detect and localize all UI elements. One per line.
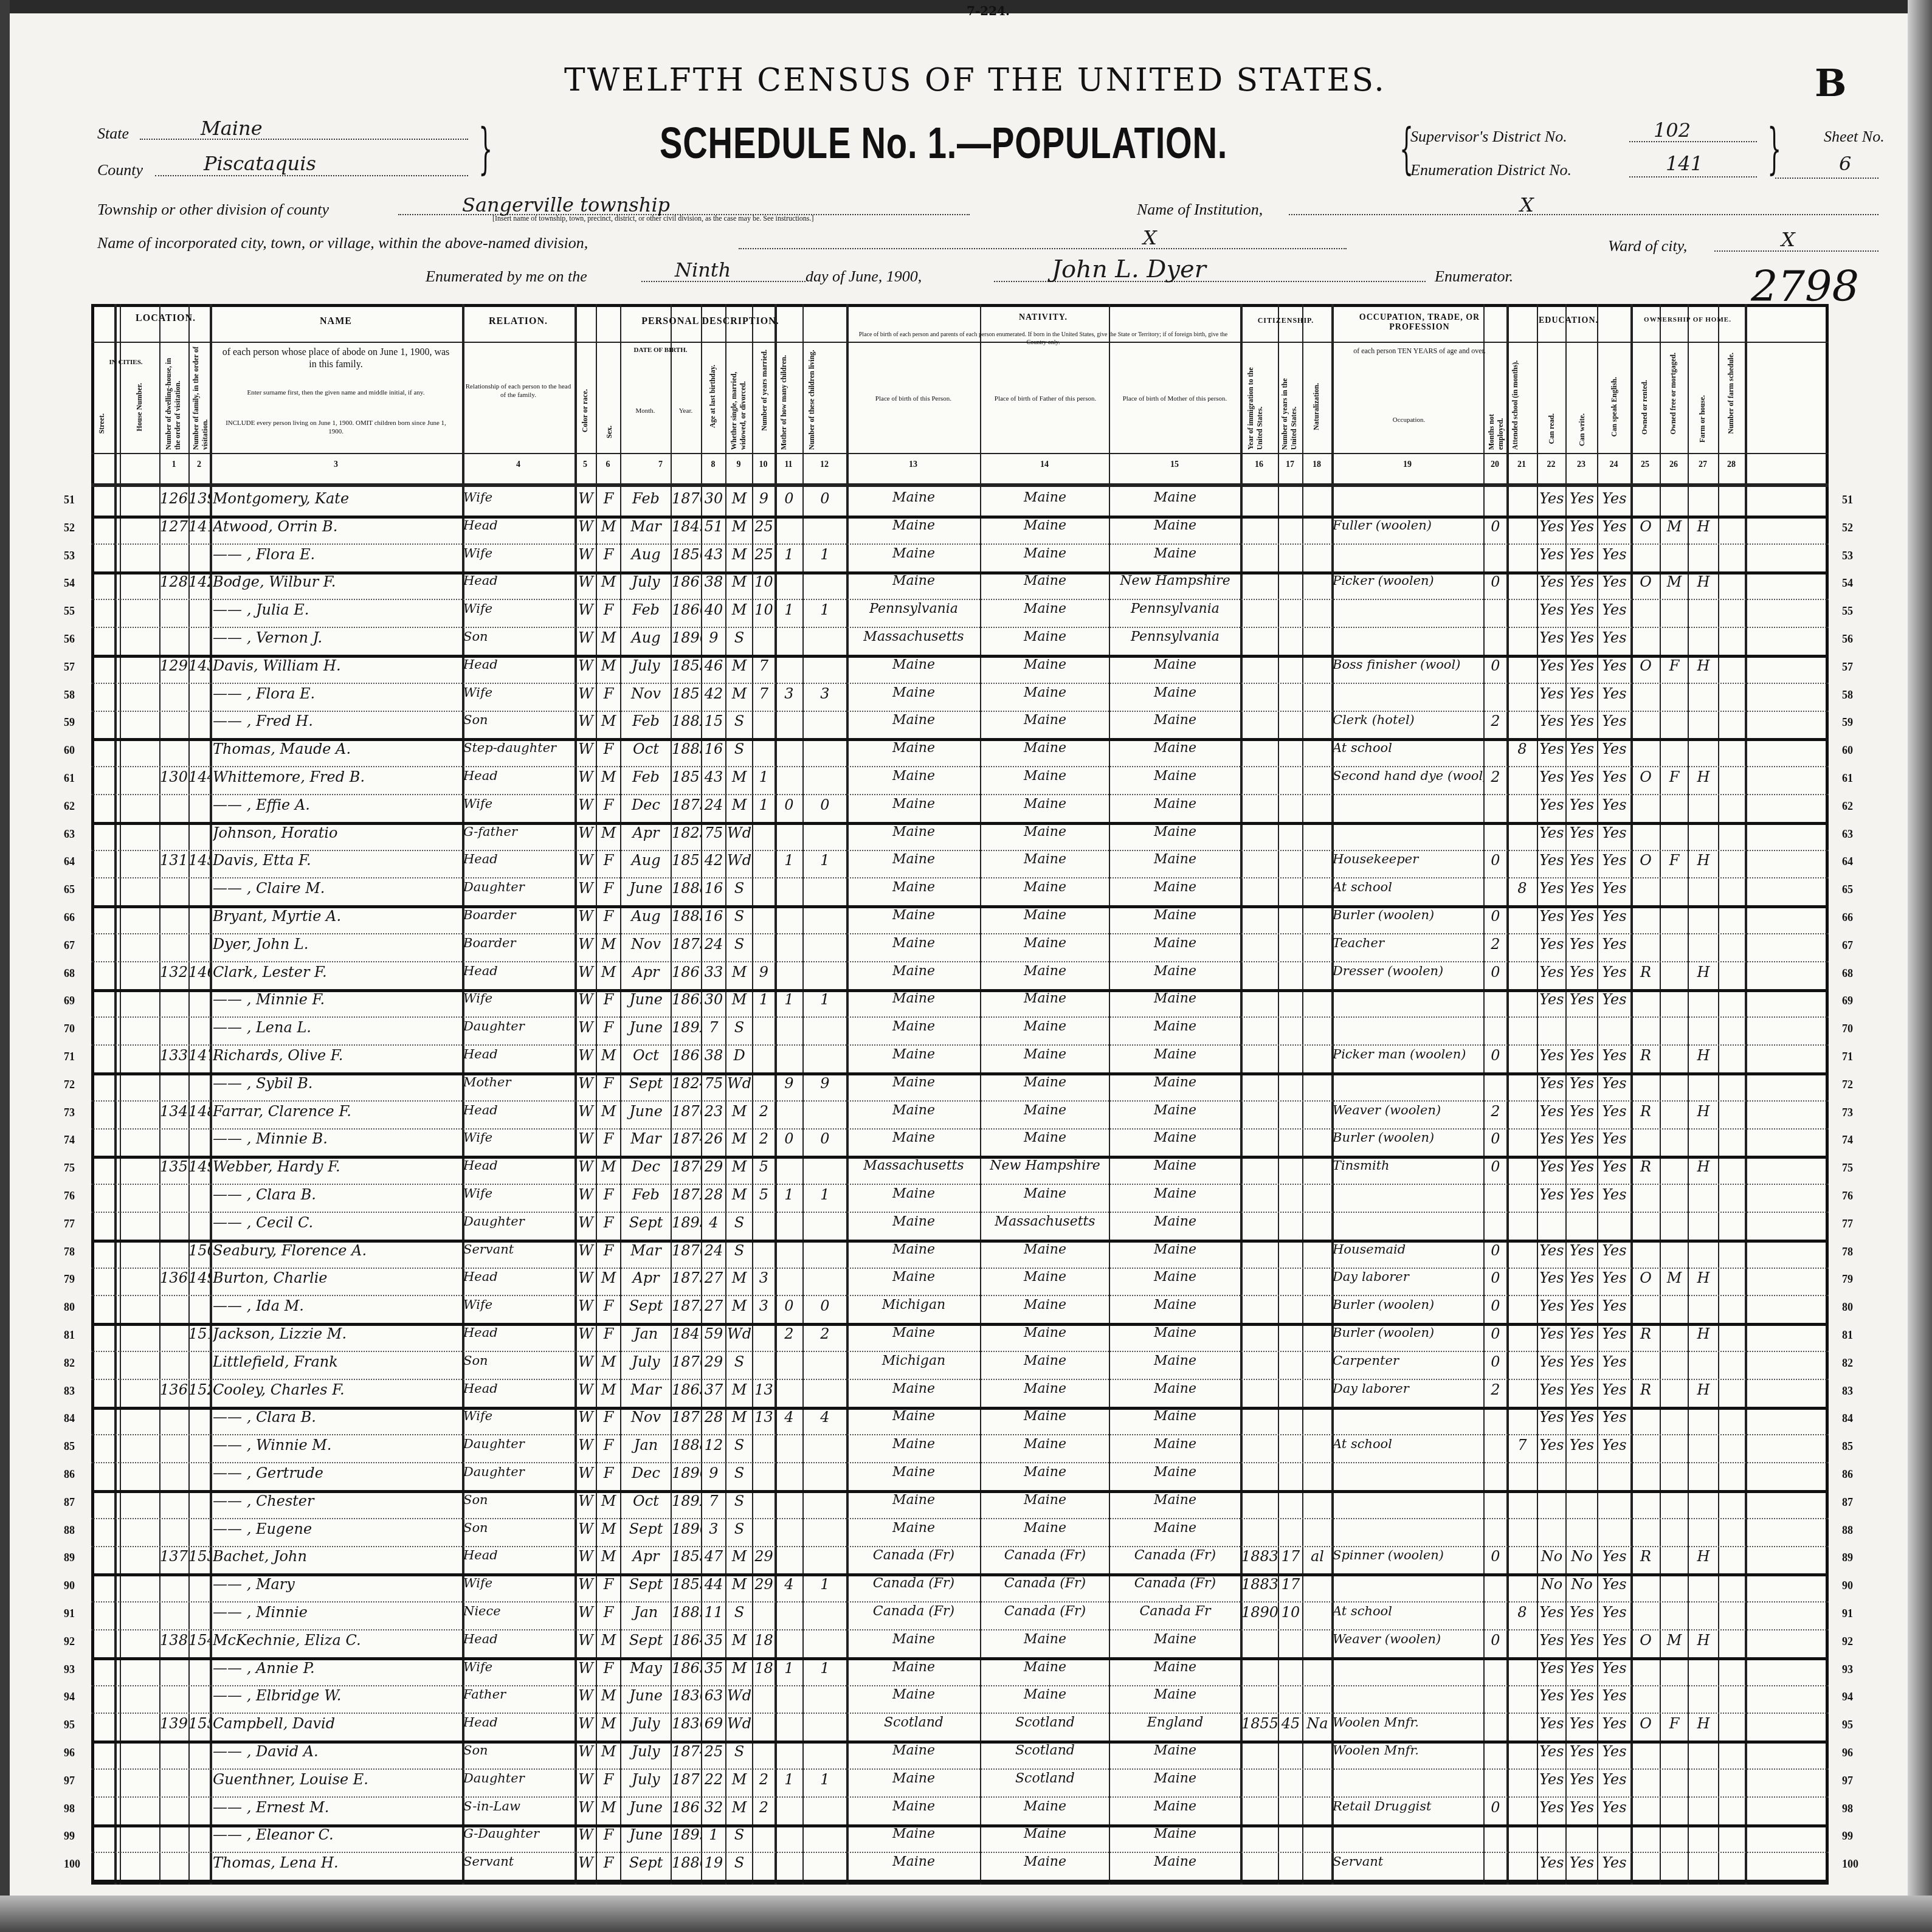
marital-status-cell: Wd — [726, 824, 752, 849]
can-read-cell: Yes — [1538, 1297, 1565, 1322]
mother-of-children-cell: 0 — [776, 796, 802, 821]
dwelling-number-cell — [159, 1130, 188, 1154]
birthplace-person-cell: Maine — [847, 964, 980, 988]
immigration-year-cell — [1241, 740, 1278, 765]
mother-of-children-cell — [776, 768, 802, 793]
years-in-us-cell — [1279, 1660, 1302, 1684]
person-name-cell: —— , Claire M. — [213, 880, 462, 904]
color-race-cell: W — [576, 629, 596, 654]
years-in-us-cell — [1279, 1214, 1302, 1238]
relation-cell: Wife — [463, 991, 574, 1015]
mother-of-children-cell: 0 — [776, 490, 802, 514]
birthplace-mother-cell: Maine — [1110, 1214, 1240, 1238]
immigration-year-cell — [1241, 1158, 1278, 1182]
birth-month-cell: Sept — [621, 1632, 671, 1656]
can-speak-english-cell: Yes — [1598, 490, 1630, 514]
attended-school-cell — [1508, 796, 1537, 821]
sex-cell: M — [597, 1353, 620, 1378]
can-read-cell: Yes — [1538, 796, 1565, 821]
birthplace-person-cell: Maine — [847, 1381, 980, 1406]
naturalization-cell — [1303, 1158, 1331, 1182]
marital-status-cell: S — [726, 740, 752, 765]
can-read-cell — [1538, 1826, 1565, 1851]
years-in-us-cell — [1279, 740, 1302, 765]
naturalization-cell — [1303, 1242, 1331, 1266]
years-in-us-cell — [1279, 1381, 1302, 1406]
col-number-6: 6 — [596, 460, 620, 470]
can-speak-english-cell: Yes — [1598, 546, 1630, 570]
line-number: 86 — [64, 1468, 75, 1481]
naturalization-cell: al — [1303, 1548, 1331, 1572]
line-number-right: 51 — [1842, 494, 1853, 506]
age-cell: 29 — [702, 1158, 725, 1182]
months-unemployed-cell: 0 — [1485, 908, 1506, 932]
immigration-year-cell — [1241, 1743, 1278, 1767]
table-row: 6464131145Davis, Etta F.HeadWFAug185742W… — [91, 848, 1829, 878]
attended-school-cell — [1508, 1854, 1537, 1879]
line-number-right: 52 — [1842, 522, 1853, 534]
occupation-cell — [1333, 1186, 1483, 1210]
birthplace-person-cell: Maine — [847, 1047, 980, 1071]
birthplace-person-cell: Maine — [847, 490, 980, 514]
marital-status-cell: S — [726, 712, 752, 737]
birth-month-cell: July — [621, 1353, 671, 1378]
attended-school-cell — [1508, 1799, 1537, 1823]
marital-status-cell: M — [726, 601, 752, 626]
marital-status-cell: M — [726, 685, 752, 709]
relation-cell: Niece — [463, 1604, 574, 1628]
owned-or-rented-cell — [1632, 712, 1660, 737]
sex-cell: F — [597, 1465, 620, 1489]
can-write-cell: Yes — [1567, 740, 1597, 765]
can-read-cell: Yes — [1538, 1075, 1565, 1099]
line-number: 94 — [64, 1691, 75, 1703]
children-living-cell — [804, 1492, 846, 1517]
birth-year-cell: 1865 — [672, 1660, 701, 1684]
immigration-year-cell — [1241, 685, 1278, 709]
sex-cell: F — [597, 1242, 620, 1266]
birthplace-father-cell: Maine — [981, 1660, 1109, 1684]
table-row: 5555—— , Julia E.WifeWFFeb186040M1011Pen… — [91, 598, 1829, 628]
dwelling-number-cell — [159, 685, 188, 709]
marital-status-cell: S — [726, 1854, 752, 1879]
months-unemployed-cell — [1485, 546, 1506, 570]
birthplace-father-cell: Maine — [981, 546, 1109, 570]
years-in-us-header: Number of years in the United States. — [1280, 359, 1301, 450]
col-number-23: 23 — [1565, 460, 1597, 470]
dwelling-number-cell — [159, 1687, 188, 1711]
months-unemployed-cell — [1485, 824, 1506, 849]
can-write-cell: Yes — [1567, 518, 1597, 542]
naturalization-cell — [1303, 964, 1331, 988]
can-read-cell: Yes — [1538, 964, 1565, 988]
birthplace-mother-cell: Maine — [1110, 1381, 1240, 1406]
naturalization-cell — [1303, 1103, 1331, 1127]
farm-or-house-cell — [1689, 1743, 1718, 1767]
color-race-cell: W — [576, 1019, 596, 1043]
farm-or-house-cell — [1689, 1826, 1718, 1851]
col-number-2: 2 — [188, 460, 210, 470]
years-married-cell: 29 — [753, 1576, 775, 1600]
owned-or-rented-cell — [1632, 1019, 1660, 1043]
family-number-cell — [188, 824, 210, 849]
owned-free-mortgaged-cell — [1661, 964, 1688, 988]
children-living-cell — [804, 1158, 846, 1182]
children-living-cell — [804, 1269, 846, 1294]
color-race-cell: W — [576, 852, 596, 876]
line-number: 71 — [64, 1051, 75, 1063]
line-number-right: 54 — [1842, 577, 1853, 590]
birthplace-person-cell: Maine — [847, 768, 980, 793]
can-read-cell: Yes — [1538, 991, 1565, 1015]
farm-or-house-cell — [1689, 629, 1718, 654]
table-row: 8181151Jackson, Lizzie M.HeadWFJan184159… — [91, 1322, 1829, 1352]
can-write-cell: Yes — [1567, 991, 1597, 1015]
ward-value: X — [1781, 228, 1795, 251]
naturalization-cell — [1303, 936, 1331, 960]
can-speak-english-cell — [1598, 1465, 1630, 1489]
line-number-right: 61 — [1842, 772, 1853, 785]
immigration-year-cell — [1241, 657, 1278, 681]
family-number-cell — [188, 1771, 210, 1795]
birthplace-person-cell: Maine — [847, 685, 980, 709]
years-in-us-cell — [1279, 1854, 1302, 1879]
years-in-us-cell — [1279, 796, 1302, 821]
years-married-cell — [753, 1242, 775, 1266]
line-number-right: 86 — [1842, 1468, 1853, 1481]
years-married-cell: 1 — [753, 796, 775, 821]
col-number-13: 13 — [846, 460, 980, 470]
line-number-right: 90 — [1842, 1579, 1853, 1592]
relation-cell: Wife — [463, 490, 574, 514]
can-write-cell: Yes — [1567, 1854, 1597, 1879]
birthplace-mother-cell: Maine — [1110, 1297, 1240, 1322]
line-number-right: 100 — [1842, 1858, 1858, 1871]
occupation-cell: Housemaid — [1333, 1242, 1483, 1266]
family-number-cell — [188, 712, 210, 737]
months-unemployed-cell — [1485, 1437, 1506, 1461]
can-speak-english-cell: Yes — [1598, 657, 1630, 681]
owned-free-mortgaged-cell: F — [1661, 768, 1688, 793]
birthplace-mother-cell: Maine — [1110, 1075, 1240, 1099]
birthplace-mother-cell: Maine — [1110, 824, 1240, 849]
owned-free-mortgaged-cell — [1661, 908, 1688, 932]
birth-month-cell: Nov — [621, 685, 671, 709]
mother-of-children-cell — [776, 1854, 802, 1879]
line-number: 79 — [64, 1273, 75, 1286]
attended-school-cell — [1508, 768, 1537, 793]
years-in-us-cell — [1279, 657, 1302, 681]
years-married-cell — [753, 1047, 775, 1071]
family-number-cell: 150 — [188, 1242, 210, 1266]
farm-schedule-header: Number of farm schedule. — [1727, 353, 1736, 434]
birth-month-cell: Apr — [621, 824, 671, 849]
birthplace-mother-cell: Maine — [1110, 1437, 1240, 1461]
birth-month-cell: Apr — [621, 1548, 671, 1572]
can-read-cell: Yes — [1538, 1158, 1565, 1182]
birthplace-person-cell: Maine — [847, 1103, 980, 1127]
can-write-cell: Yes — [1567, 1325, 1597, 1350]
owned-or-rented-cell — [1632, 740, 1660, 765]
birthplace-father-cell: Maine — [981, 573, 1109, 598]
farm-or-house-cell: H — [1689, 1325, 1718, 1350]
birthplace-person-cell: Maine — [847, 824, 980, 849]
can-read-cell — [1538, 1492, 1565, 1517]
line-number: 89 — [64, 1551, 75, 1564]
mother-of-children-cell — [776, 657, 802, 681]
age-cell: 28 — [702, 1186, 725, 1210]
mother-of-children-cell: 4 — [776, 1576, 802, 1600]
ward-line — [1714, 250, 1879, 252]
attended-school-cell — [1508, 1269, 1537, 1294]
birthplace-mother-cell: Maine — [1110, 1465, 1240, 1489]
years-married-cell — [753, 852, 775, 876]
sex-cell: F — [597, 1771, 620, 1795]
occupation-cell — [1333, 1771, 1483, 1795]
owned-or-rented-cell — [1632, 796, 1660, 821]
birthplace-mother-cell: Maine — [1110, 1242, 1240, 1266]
relation-cell: Wife — [463, 685, 574, 709]
owned-free-mortgaged-cell — [1661, 1660, 1688, 1684]
dwelling-number-cell — [159, 1799, 188, 1823]
page-border-right — [1908, 0, 1932, 1932]
years-married-header: Number of years married. — [760, 350, 769, 431]
years-married-cell — [753, 1325, 775, 1350]
relation-cell: Head — [463, 1715, 574, 1739]
age-cell: 27 — [702, 1297, 725, 1322]
birthplace-person-cell: Maine — [847, 1854, 980, 1879]
person-name-cell: —— , Ida M. — [213, 1297, 462, 1322]
owned-or-rented-cell — [1632, 824, 1660, 849]
birthplace-father-cell: Maine — [981, 1826, 1109, 1851]
owned-or-rented-cell — [1632, 1297, 1660, 1322]
line-number-right: 76 — [1842, 1190, 1853, 1202]
sex-cell: F — [597, 796, 620, 821]
can-read-cell: Yes — [1538, 685, 1565, 709]
months-unemployed-cell: 0 — [1485, 1269, 1506, 1294]
birthplace-father-cell: Scotland — [981, 1743, 1109, 1767]
table-row: 9393—— , Annie P.WifeWFMay186535M1811Mai… — [91, 1656, 1829, 1686]
can-speak-english-cell: Yes — [1598, 1297, 1630, 1322]
owned-free-mortgaged-cell — [1661, 1826, 1688, 1851]
dwelling-number-cell — [159, 1242, 188, 1266]
can-write-cell: Yes — [1567, 880, 1597, 904]
occupation-cell — [1333, 490, 1483, 514]
family-number-cell: 154 — [188, 1632, 210, 1656]
occupation-cell: Weaver (woolen) — [1333, 1632, 1483, 1656]
can-speak-english-cell: Yes — [1598, 1576, 1630, 1600]
years-married-cell — [753, 629, 775, 654]
can-write-cell: Yes — [1567, 936, 1597, 960]
children-living-cell — [804, 1799, 846, 1823]
birth-year-cell: 1883 — [672, 908, 701, 932]
line-number-right: 72 — [1842, 1078, 1853, 1091]
incorporated-line — [739, 248, 1347, 249]
color-race-cell: W — [576, 1743, 596, 1767]
immigration-year-cell — [1241, 964, 1278, 988]
can-speak-english-cell: Yes — [1598, 1687, 1630, 1711]
birthplace-mother-cell: Maine — [1110, 852, 1240, 876]
occupation-cell — [1333, 1465, 1483, 1489]
years-married-cell: 1 — [753, 991, 775, 1015]
birth-year-cell: 1872 — [672, 1186, 701, 1210]
can-speak-english-cell: Yes — [1598, 518, 1630, 542]
birthplace-father-cell: Maine — [981, 1687, 1109, 1711]
birth-month-cell: Feb — [621, 1186, 671, 1210]
occupation-cell: Woolen Mnfr. — [1333, 1715, 1483, 1739]
years-in-us-cell: 10 — [1279, 1604, 1302, 1628]
mother-of-children-cell: 2 — [776, 1325, 802, 1350]
can-read-cell: Yes — [1538, 1103, 1565, 1127]
color-race-cell: W — [576, 1381, 596, 1406]
immigration-year-cell — [1241, 768, 1278, 793]
birthplace-mother-cell: Maine — [1110, 657, 1240, 681]
can-speak-english-cell: Yes — [1598, 1269, 1630, 1294]
can-speak-english-cell — [1598, 1019, 1630, 1043]
owned-or-rented-cell — [1632, 908, 1660, 932]
can-read-cell: Yes — [1538, 712, 1565, 737]
relation-cell: Mother — [463, 1075, 574, 1099]
naturalization-cell — [1303, 880, 1331, 904]
occupation-cell — [1333, 824, 1483, 849]
years-in-us-cell — [1279, 852, 1302, 876]
family-number-cell — [188, 1437, 210, 1461]
age-cell: 12 — [702, 1437, 725, 1461]
birthplace-father-cell: Maine — [981, 490, 1109, 514]
can-write-cell: Yes — [1567, 796, 1597, 821]
occupation-cell — [1333, 1660, 1483, 1684]
owned-or-rented-cell — [1632, 936, 1660, 960]
can-speak-english-cell: Yes — [1598, 1799, 1630, 1823]
farm-or-house-cell: H — [1689, 1548, 1718, 1572]
children-living-cell: 0 — [804, 490, 846, 514]
person-name-cell: Webber, Hardy F. — [213, 1158, 462, 1182]
birthplace-person-cell: Maine — [847, 936, 980, 960]
table-row: 9999—— , Eleanor C.G-DaughterWFJune18991… — [91, 1823, 1829, 1853]
can-read-header: Can read. — [1547, 413, 1556, 444]
can-read-cell: Yes — [1538, 768, 1565, 793]
relation-cell: G-Daughter — [463, 1826, 574, 1851]
can-speak-english-cell: Yes — [1598, 1632, 1630, 1656]
line-number: 82 — [64, 1357, 75, 1370]
naturalization-cell — [1303, 1520, 1331, 1545]
months-unemployed-cell — [1485, 1075, 1506, 1099]
birth-year-cell: 1888 — [672, 1437, 701, 1461]
months-unemployed-cell — [1485, 796, 1506, 821]
occupation-cell: Spinner (woolen) — [1333, 1548, 1483, 1572]
col-number-24: 24 — [1597, 460, 1630, 470]
birth-year-cell: 1860 — [672, 601, 701, 626]
farm-or-house-cell — [1689, 796, 1718, 821]
marital-status-cell: S — [726, 908, 752, 932]
sheet-label: Sheet No. — [1824, 128, 1885, 146]
years-married-cell: 2 — [753, 1103, 775, 1127]
years-married-cell: 2 — [753, 1799, 775, 1823]
occupation-cell: Day laborer — [1333, 1381, 1483, 1406]
line-number: 93 — [64, 1663, 75, 1676]
enumeration-label: Enumeration District No. — [1410, 161, 1571, 179]
person-name-cell: Farrar, Clarence F. — [213, 1103, 462, 1127]
page-border-top — [0, 0, 1932, 13]
immigration-year-cell — [1241, 518, 1278, 542]
table-row: 5757129143Davis, William H.HeadWMJuly185… — [91, 654, 1829, 684]
owned-free-mortgaged-cell — [1661, 1325, 1688, 1350]
col-number-21: 21 — [1506, 460, 1537, 470]
years-in-us-cell — [1279, 601, 1302, 626]
owned-or-rented-cell — [1632, 1799, 1660, 1823]
family-number-cell — [188, 1576, 210, 1600]
age-cell: 9 — [702, 1465, 725, 1489]
line-number: 61 — [64, 772, 75, 785]
mother-of-children-cell — [776, 1047, 802, 1071]
children-living-cell — [804, 880, 846, 904]
attended-school-cell — [1508, 629, 1537, 654]
months-unemployed-cell — [1485, 685, 1506, 709]
months-unemployed-cell: 0 — [1485, 1047, 1506, 1071]
line-number: 91 — [64, 1607, 75, 1620]
owned-free-mortgaged-cell — [1661, 1520, 1688, 1545]
months-unemployed-cell: 0 — [1485, 1325, 1506, 1350]
township-label: Township or other division of county — [97, 201, 329, 219]
birthplace-mother-cell: New Hampshire — [1110, 573, 1240, 598]
birth-year-cell: 1896 — [672, 1520, 701, 1545]
table-row: 5858—— , Flora E.WifeWFNov185742M733Main… — [91, 681, 1829, 712]
farm-or-house-cell: H — [1689, 1103, 1718, 1127]
immigration-year-cell — [1241, 852, 1278, 876]
relation-cell: Wife — [463, 1576, 574, 1600]
farm-or-house-cell — [1689, 824, 1718, 849]
can-read-cell: Yes — [1538, 1799, 1565, 1823]
birth-year-cell: 1889 — [672, 1604, 701, 1628]
line-number: 59 — [64, 716, 75, 729]
supervisor-district: 102 — [1654, 119, 1691, 142]
occupation-cell: At school — [1333, 1437, 1483, 1461]
family-number-cell: 146 — [188, 964, 210, 988]
birthplace-mother-cell: Maine — [1110, 1826, 1240, 1851]
occupation-cell — [1333, 1687, 1483, 1711]
naturalization-cell — [1303, 1576, 1331, 1600]
color-race-cell: W — [576, 1409, 596, 1433]
immigration-year-cell — [1241, 1632, 1278, 1656]
can-speak-english-cell: Yes — [1598, 1437, 1630, 1461]
color-race-cell: W — [576, 1269, 596, 1294]
birthplace-mother-cell: Maine — [1110, 685, 1240, 709]
mother-of-children-cell — [776, 1826, 802, 1851]
birthplace-person-cell: Maine — [847, 796, 980, 821]
immigration-year-cell — [1241, 1297, 1278, 1322]
owned-free-mortgaged-cell — [1661, 824, 1688, 849]
can-write-cell: Yes — [1567, 1130, 1597, 1154]
marital-status-cell: M — [726, 1381, 752, 1406]
months-unemployed-cell: 2 — [1485, 768, 1506, 793]
months-unemployed-cell: 0 — [1485, 518, 1506, 542]
color-race-cell: W — [576, 1465, 596, 1489]
mother-of-children-cell — [776, 1158, 802, 1182]
marital-status-cell: Wd — [726, 1325, 752, 1350]
can-speak-english-cell: Yes — [1598, 685, 1630, 709]
birthplace-person-cell: Maine — [847, 1465, 980, 1489]
owned-or-rented-cell: R — [1632, 1381, 1660, 1406]
relation-cell: Wife — [463, 1130, 574, 1154]
years-in-us-cell — [1279, 936, 1302, 960]
relation-cell: Wife — [463, 601, 574, 626]
naturalization-cell — [1303, 546, 1331, 570]
mother-of-children-cell — [776, 1715, 802, 1739]
attended-school-cell — [1508, 1381, 1537, 1406]
line-number-right: 99 — [1842, 1830, 1853, 1843]
can-read-cell: Yes — [1538, 601, 1565, 626]
color-race-cell: W — [576, 712, 596, 737]
